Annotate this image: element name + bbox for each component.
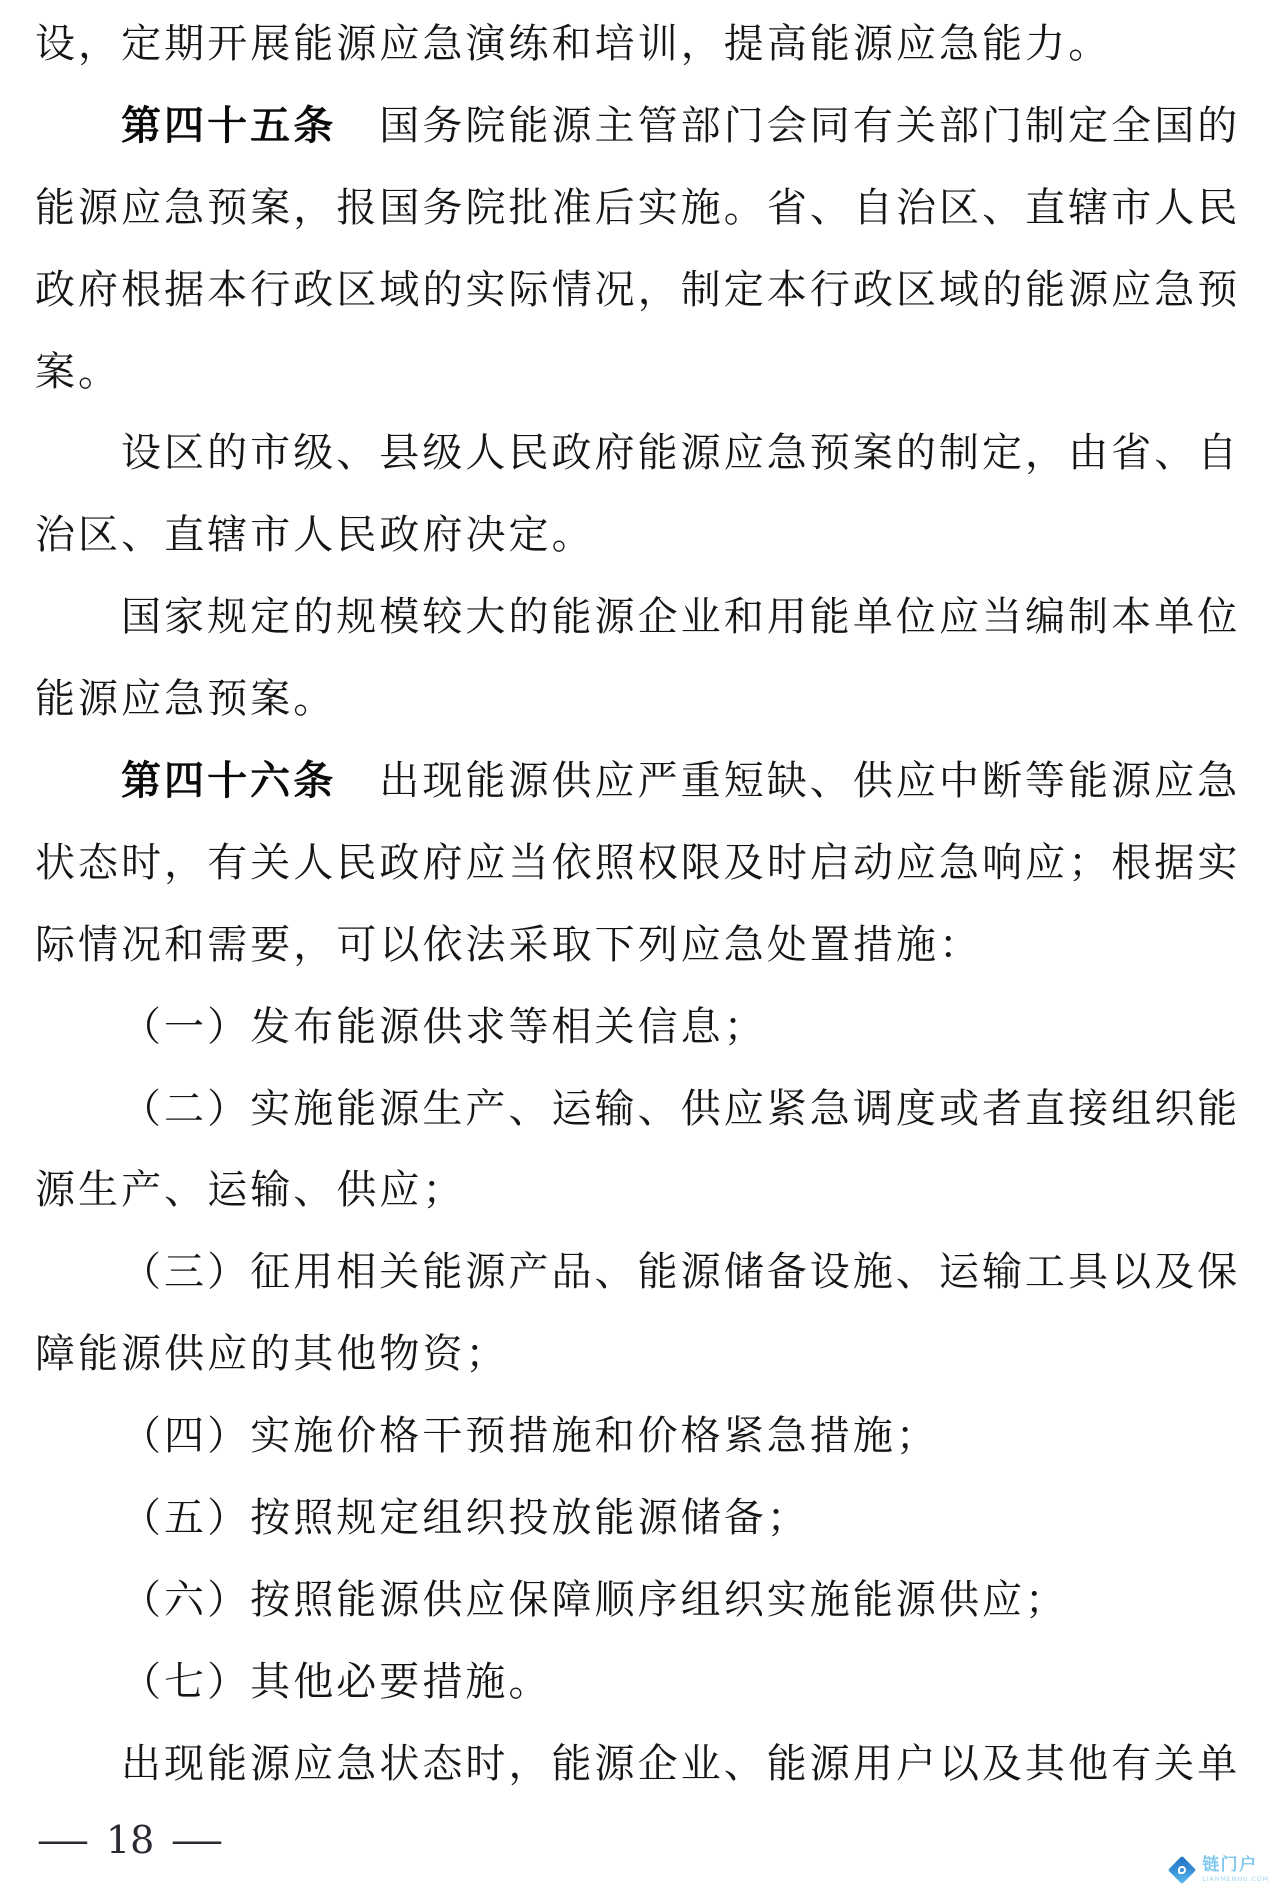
line-text: 政府根据本行政区域的实际情况，制定本行政区域的能源应急预	[35, 267, 1240, 313]
text-line: （五）按照规定组织投放能源储备；	[35, 1478, 1245, 1560]
line-text: 际情况和需要，可以依法采取下列应急处置措施：	[35, 922, 982, 968]
text-line: 障能源供应的其他物资；	[35, 1314, 1245, 1396]
line-text: 出现能源供应严重短缺、供应中断等能源应急	[336, 758, 1240, 804]
line-text: （四）实施价格干预措施和价格紧急措施；	[121, 1413, 939, 1459]
text-line: 治区、直辖市人民政府决定。	[35, 495, 1245, 577]
line-text: （五）按照规定组织投放能源储备；	[121, 1495, 810, 1541]
text-line: 第四十五条 国务院能源主管部门会同有关部门制定全国的	[35, 86, 1245, 168]
text-line: （二）实施能源生产、运输、供应紧急调度或者直接组织能	[35, 1069, 1245, 1151]
document-page: 设，定期开展能源应急演练和培训，提高能源应急能力。 第四十五条 国务院能源主管部…	[35, 4, 1245, 1806]
article-number: 第四十五条	[121, 103, 336, 149]
text-line: 设区的市级、县级人民政府能源应急预案的制定，由省、自	[35, 413, 1245, 495]
line-text: （二）实施能源生产、运输、供应紧急调度或者直接组织能	[121, 1086, 1240, 1132]
line-text: 出现能源应急状态时，能源企业、能源用户以及其他有关单	[121, 1741, 1240, 1787]
line-text: 案。	[35, 349, 121, 395]
footer-dash-right: —	[171, 1818, 224, 1862]
text-line: 政府根据本行政区域的实际情况，制定本行政区域的能源应急预	[35, 250, 1245, 332]
text-line: （三）征用相关能源产品、能源储备设施、运输工具以及保	[35, 1232, 1245, 1314]
text-line: 源生产、运输、供应；	[35, 1150, 1245, 1232]
line-text: （七）其他必要措施。	[121, 1659, 552, 1705]
line-text: （三）征用相关能源产品、能源储备设施、运输工具以及保	[121, 1249, 1240, 1295]
line-text: 源生产、运输、供应；	[35, 1167, 466, 1213]
line-text: （一）发布能源供求等相关信息；	[121, 1004, 767, 1050]
footer-dash-left: —	[36, 1818, 89, 1862]
text-line: 能源应急预案，报国务院批准后实施。省、自治区、直辖市人民	[35, 168, 1245, 250]
text-line: （四）实施价格干预措施和价格紧急措施；	[35, 1396, 1245, 1478]
line-text: 治区、直辖市人民政府决定。	[35, 512, 595, 558]
text-line: 设，定期开展能源应急演练和培训，提高能源应急能力。	[35, 4, 1245, 86]
text-line: 国家规定的规模较大的能源企业和用能单位应当编制本单位	[35, 577, 1245, 659]
line-text: 设，定期开展能源应急演练和培训，提高能源应急能力。	[35, 21, 1111, 67]
text-line: （一）发布能源供求等相关信息；	[35, 987, 1245, 1069]
text-line: （六）按照能源供应保障顺序组织实施能源供应；	[35, 1560, 1245, 1642]
text-line: 案。	[35, 332, 1245, 414]
line-text: 障能源供应的其他物资；	[35, 1331, 509, 1377]
watermark-name: 链门户	[1202, 1857, 1269, 1874]
text-line: 能源应急预案。	[35, 659, 1245, 741]
logo-ring-shape	[1178, 1866, 1186, 1874]
article-number: 第四十六条	[121, 758, 336, 804]
line-text: （六）按照能源供应保障顺序组织实施能源供应；	[121, 1577, 1068, 1623]
text-line: 出现能源应急状态时，能源企业、能源用户以及其他有关单	[35, 1724, 1245, 1806]
text-line: 际情况和需要，可以依法采取下列应急处置措施：	[35, 905, 1245, 987]
line-text: 国务院能源主管部门会同有关部门制定全国的	[336, 103, 1240, 149]
line-text: 设区的市级、县级人民政府能源应急预案的制定，由省、自	[121, 430, 1240, 476]
line-text: 国家规定的规模较大的能源企业和用能单位应当编制本单位	[121, 594, 1240, 640]
diamond-logo-icon	[1168, 1856, 1196, 1884]
line-text: 能源应急预案，报国务院批准后实施。省、自治区、直辖市人民	[35, 185, 1240, 231]
page-number: 18	[106, 1818, 154, 1862]
page-footer: — 18 —	[44, 1818, 216, 1862]
watermark-logo: 链门户 LIANMENHU.COM	[1172, 1857, 1269, 1883]
text-line: 第四十六条 出现能源供应严重短缺、供应中断等能源应急	[35, 741, 1245, 823]
watermark-domain: LIANMENHU.COM	[1202, 1876, 1269, 1883]
text-line: 状态时，有关人民政府应当依照权限及时启动应急响应；根据实	[35, 823, 1245, 905]
text-line: （七）其他必要措施。	[35, 1642, 1245, 1724]
line-text: 状态时，有关人民政府应当依照权限及时启动应急响应；根据实	[35, 840, 1240, 886]
line-text: 能源应急预案。	[35, 676, 336, 722]
watermark-text: 链门户 LIANMENHU.COM	[1202, 1857, 1269, 1883]
